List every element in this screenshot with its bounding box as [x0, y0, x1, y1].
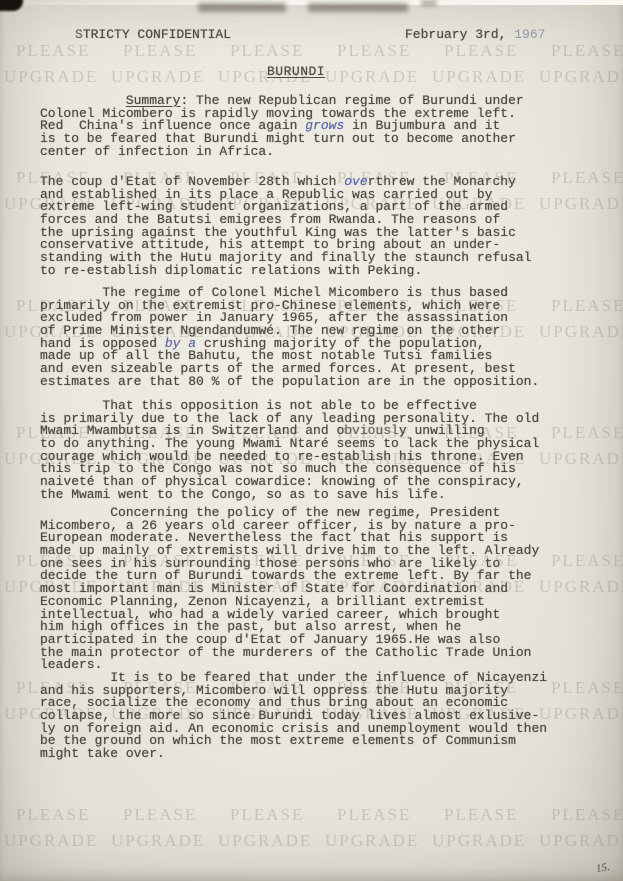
document-content: STRICTY CONFIDENTIAL February 3rd, 1967 … — [0, 0, 623, 881]
typed-line: center of infection in Africa. — [40, 146, 615, 159]
typed-line: estimates are that 80 % of the populatio… — [40, 376, 615, 389]
document-title: BURUNDI — [267, 64, 325, 79]
handwritten-page-number: 15. — [595, 861, 611, 875]
paragraph: The coup d'Etat of November 28th which o… — [40, 176, 615, 278]
classification-label: STRICTY CONFIDENTIAL — [75, 27, 231, 42]
text-segment: the Mwami went to the Congo, so as to sa… — [40, 487, 446, 502]
text-segment: the main protector of the murderers of t… — [40, 645, 531, 660]
paragraph: Summary: The new Republican regime of Bu… — [40, 95, 615, 158]
text-segment: 1967 — [514, 27, 545, 42]
typed-line: might take over. — [40, 748, 615, 761]
text-segment: might take over. — [40, 746, 165, 761]
paragraph: It is to be feared that under the influe… — [40, 672, 615, 761]
typed-line: the main protector of the murderers of t… — [40, 647, 615, 660]
text-segment: February 3rd, — [405, 27, 514, 42]
scanned-document-page: PLEASEUPGRADEPLEASEUPGRADEPLEASEUPGRADEP… — [0, 0, 623, 881]
text-segment: estimates are that 80 % of the populatio… — [40, 374, 539, 389]
scan-smudge — [198, 3, 286, 12]
paragraph: Concerning the policy of the new regime,… — [40, 507, 615, 672]
scan-smudge — [308, 3, 408, 12]
text-segment: S — [75, 27, 83, 42]
date-label: February 3rd, 1967 — [405, 27, 545, 42]
text-segment: center of infection in Africa. — [40, 144, 274, 159]
paragraph: The regime of Colonel Michel Micombero i… — [40, 287, 615, 389]
text-segment: to re-establish diplomatic relations wit… — [40, 263, 422, 278]
text-segment: TRICTY CONFIDENTIAL — [83, 27, 231, 42]
scan-smudge — [421, 0, 437, 6]
typed-line: the Mwami went to the Congo, so as to sa… — [40, 489, 615, 502]
scan-edge-shade — [0, 867, 623, 881]
typed-line: to re-establish diplomatic relations wit… — [40, 265, 615, 278]
paragraph: That this opposition is not able to be e… — [40, 400, 615, 502]
